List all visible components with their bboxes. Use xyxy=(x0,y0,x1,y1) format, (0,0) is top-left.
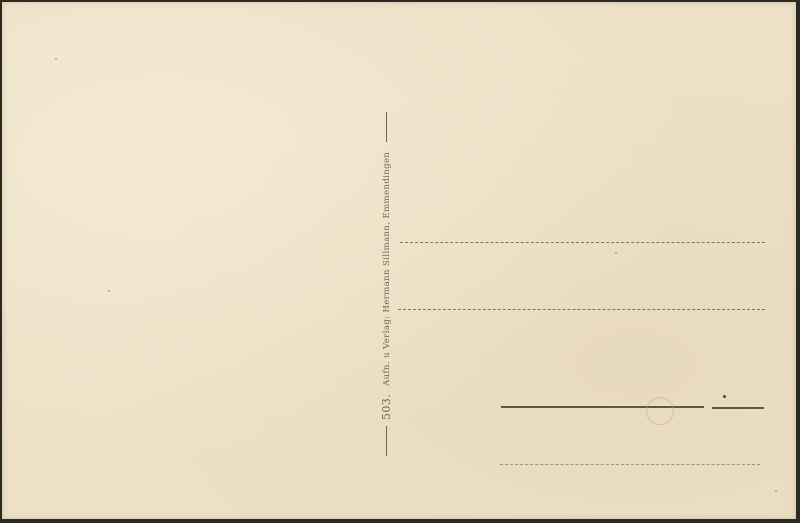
speck xyxy=(108,290,110,292)
card-number: 503. xyxy=(380,394,393,420)
speck xyxy=(55,58,57,60)
ink-dot xyxy=(723,395,726,398)
publisher-imprint: 503. Aufn. u Verlag: Hermann Sillmann, E… xyxy=(380,106,393,462)
address-line-1 xyxy=(400,242,765,243)
publisher-text: Aufn. u Verlag: Hermann Sillmann, Emmend… xyxy=(382,152,392,386)
imprint-rule-left xyxy=(386,426,387,456)
stain-mark xyxy=(646,397,674,425)
speck xyxy=(775,490,777,492)
address-line-4 xyxy=(500,464,760,465)
speck xyxy=(615,252,617,254)
address-line-3-right xyxy=(712,407,764,409)
postcard-back xyxy=(2,2,796,519)
imprint-rule-right xyxy=(386,112,387,142)
address-line-2 xyxy=(398,309,765,310)
